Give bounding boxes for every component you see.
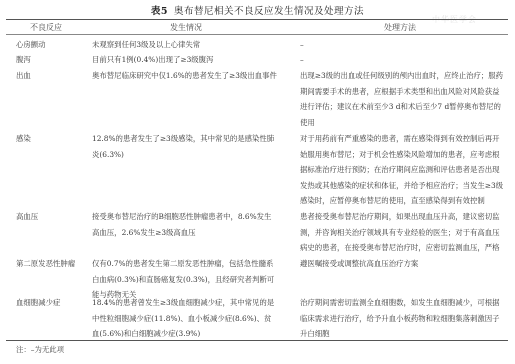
- header-rule: [6, 34, 508, 35]
- cell-management: 出现≥3级的出血或任何级别的颅内出血时，应终止治疗；服药期间需要手术的患者，应根…: [300, 68, 505, 130]
- cell-occurrence: 奥布替尼临床研究中仅1.6%的患者发生了≥3级出血事件: [92, 68, 277, 84]
- cell-reaction: 出血: [16, 68, 91, 84]
- cell-reaction: 心房颤动: [16, 37, 91, 53]
- header-management: 处理方法: [384, 22, 416, 33]
- table-number: 表5: [151, 6, 168, 17]
- cell-management: 治疗期间需密切监测全血细胞数，如发生血细胞减少，可根据临床需求进行治疗，给予升血…: [300, 295, 505, 342]
- cell-management: –: [300, 52, 505, 68]
- table-note: 注：–为无此项: [16, 344, 64, 355]
- cell-occurrence: 18.4%的患者曾发生≥3级血细胞减少症，其中常见的是中性粒细胞减少症(11.8…: [92, 295, 277, 342]
- bottom-rule: [6, 340, 508, 341]
- cell-reaction: 感染: [16, 131, 91, 147]
- header-reaction: 不良反应: [30, 22, 62, 33]
- cell-occurrence: 目前只有1例(0.4%)出现了≥3级腹泻: [92, 52, 277, 68]
- cell-occurrence: 接受奥布替尼治疗的B细胞恶性肿瘤患者中，8.6%发生高血压，2.6%发生≥3级高…: [92, 209, 277, 240]
- cell-management: –: [300, 256, 505, 272]
- cell-management: 对于用药前有严重感染的患者，需在感染得到有效控制后再开始服用奥布替尼；对于机会性…: [300, 131, 505, 209]
- top-rule: [6, 19, 508, 20]
- cell-reaction: 第二原发恶性肿瘤: [16, 256, 91, 272]
- table-title: 奥布替尼相关不良反应发生情况及处理方法: [174, 6, 364, 17]
- cell-occurrence: 12.8%的患者发生了≥3级感染，其中常见的是感染性肺炎(6.3%): [92, 131, 277, 162]
- cell-reaction: 高血压: [16, 209, 91, 225]
- header-occurrence: 发生情况: [170, 22, 202, 33]
- cell-reaction: 血细胞减少症: [16, 295, 91, 311]
- cell-management: –: [300, 37, 505, 53]
- cell-reaction: 腹泻: [16, 52, 91, 68]
- cell-occurrence: 未观察到任何3级及以上心律失常: [92, 37, 277, 53]
